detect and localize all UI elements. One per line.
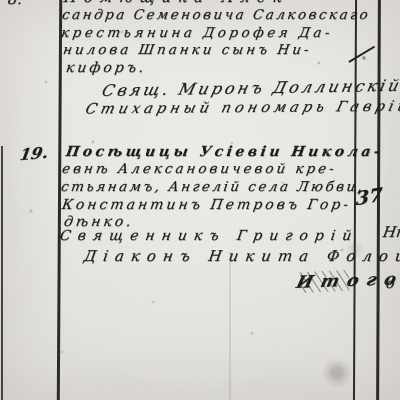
manuscript-line: Константинъ Петровъ Гор- — [61, 198, 352, 212]
manuscript-line: евнѣ Алексановичевой кре- — [61, 163, 338, 177]
manuscript-line: Помѣщика Алек- — [63, 0, 302, 5]
entry-number-19: 19. — [18, 145, 49, 163]
manuscript-line: Посѣщицы Усіевіи Никола- — [65, 145, 384, 159]
clergy-signature-line: Священникъ Григорій — [59, 229, 359, 243]
tally-mark — [348, 46, 375, 64]
total-flourish-hatch — [298, 270, 349, 294]
manuscript-line: крестьянина Дорофея Да- — [60, 27, 334, 41]
table-rule-left-edge — [1, 146, 3, 400]
clergy-signature-line: Стихарный пономарь Гавріилъ — [84, 99, 400, 117]
manuscript-line: кифоръ. — [65, 61, 148, 75]
overflow-fragment: Нѣ — [382, 225, 400, 240]
manuscript-line: стьянамъ, Ангелій села Любви, — [60, 181, 366, 195]
clergy-signature-line: Діаконъ Никита Фолошен — [83, 249, 400, 264]
manuscript-line: нилова Шпанки сынъ Ни- — [62, 44, 313, 58]
table-rule-margin-column — [57, 0, 62, 400]
paper-crease — [229, 252, 231, 400]
count-value: 37 — [356, 186, 383, 209]
manuscript-line: дѣнко. — [63, 215, 135, 229]
manuscript-line: сандра Семеновича Салковскаго — [61, 9, 371, 23]
entry-number-previous: 8. — [7, 0, 24, 7]
manuscript-page: 8. Помѣщика Алек- сандра Семеновича Салк… — [0, 0, 400, 400]
paper-specks — [0, 0, 2, 2]
